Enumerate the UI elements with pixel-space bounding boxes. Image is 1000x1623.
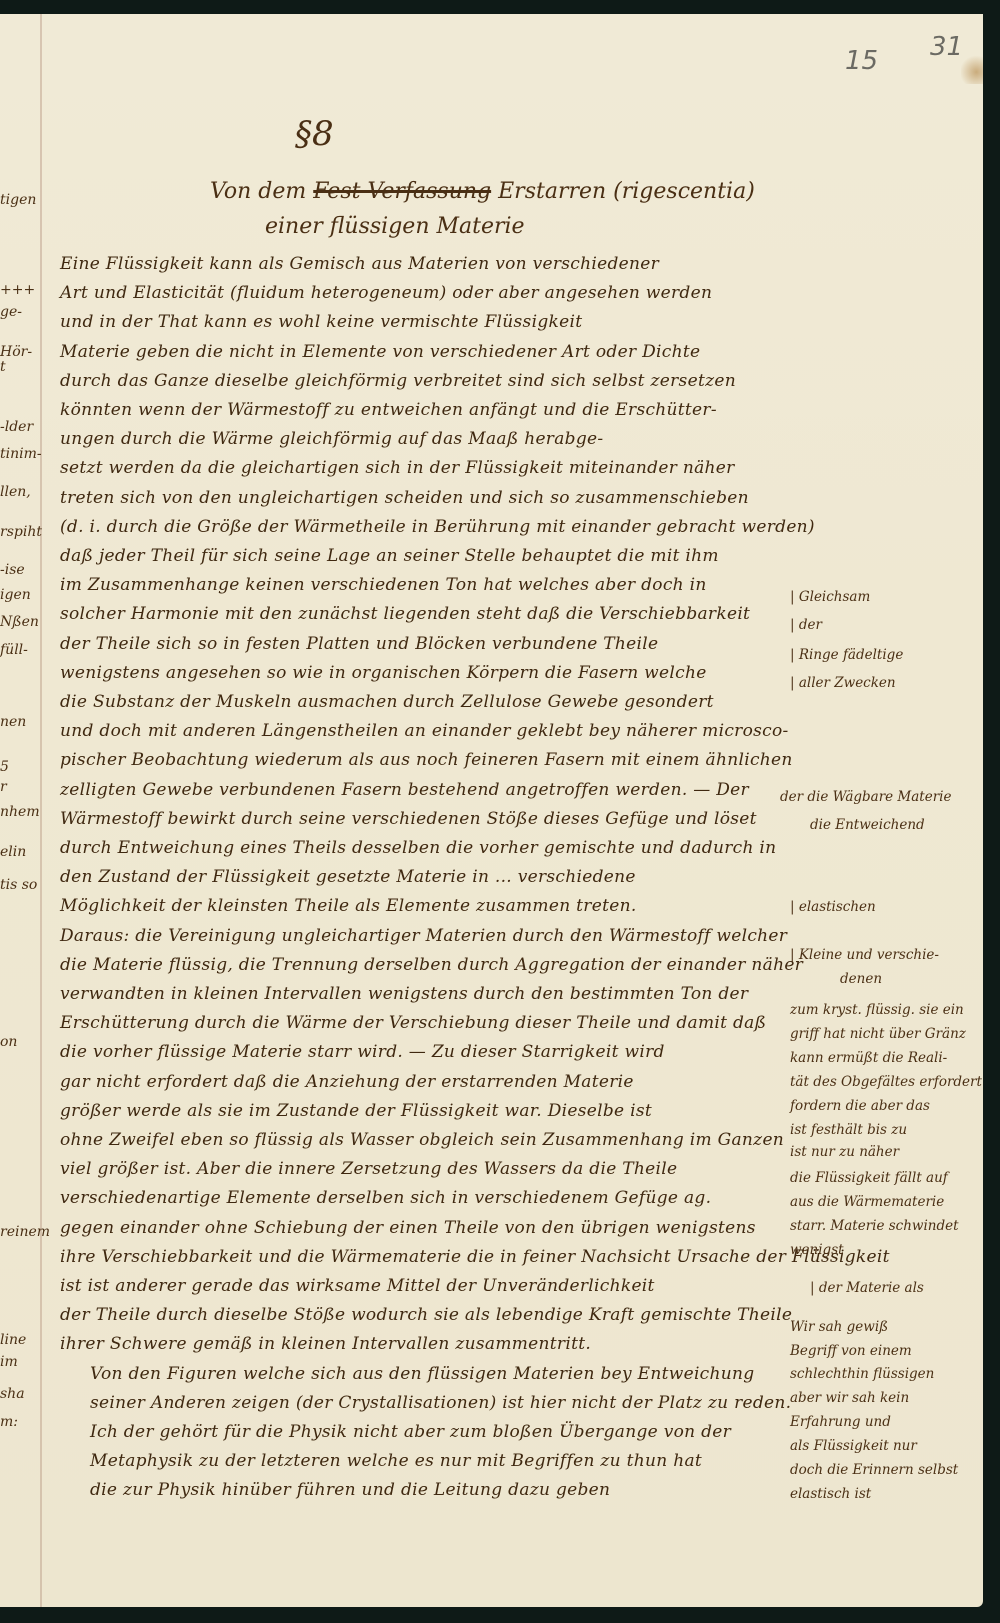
manuscript-line: viel größer ist. Aber die innere Zersetz… xyxy=(60,1159,677,1179)
margin-note: denen xyxy=(840,971,882,987)
left-margin-fragment: rspiht xyxy=(0,524,42,540)
manuscript-line: Metaphysik zu der letzteren welche es nu… xyxy=(90,1451,702,1471)
manuscript-line: die zur Physik hinüber führen und die Le… xyxy=(90,1480,610,1500)
manuscript-line: Erschütterung durch die Wärme der Versch… xyxy=(60,1013,766,1033)
margin-note: Erfahrung und xyxy=(790,1414,891,1430)
left-margin-fragment: tis so xyxy=(0,877,37,893)
manuscript-line: seiner Anderen zeigen (der Crystallisati… xyxy=(90,1393,791,1413)
left-margin-fragment: tinim- xyxy=(0,446,42,462)
manuscript-page: 15 31 §8 Von dem Fest Verfassung Erstarr… xyxy=(0,14,983,1607)
folio-number-right: 31 xyxy=(930,32,963,62)
manuscript-line: durch das Ganze dieselbe gleichförmig ve… xyxy=(60,371,736,391)
manuscript-line: und doch mit anderen Längenstheilen an e… xyxy=(60,721,789,741)
manuscript-line: im Zusammenhange keinen verschiedenen To… xyxy=(60,575,707,595)
margin-note: | elastischen xyxy=(790,899,876,915)
manuscript-line: könnten wenn der Wärmestoff zu entweiche… xyxy=(60,400,717,420)
left-margin-fragment: reinem xyxy=(0,1224,50,1240)
margin-note: als Flüssigkeit nur xyxy=(790,1438,917,1454)
margin-note: aber wir sah kein xyxy=(790,1390,909,1406)
manuscript-line: der Theile durch dieselbe Stöße wodurch … xyxy=(60,1305,792,1325)
left-margin-fragment: t xyxy=(0,359,6,375)
left-margin-fragment: nen xyxy=(0,714,26,730)
manuscript-line: pischer Beobachtung wiederum als aus noc… xyxy=(60,750,793,770)
margin-note: wenigst xyxy=(790,1242,844,1258)
margin-note: | Gleichsam xyxy=(790,589,870,605)
margin-note: die Flüssigkeit fällt auf xyxy=(790,1170,948,1186)
manuscript-line: (d. i. durch die Größe der Wärmetheile i… xyxy=(60,517,815,537)
margin-note: kann ermüßt die Reali- xyxy=(790,1050,947,1066)
title-prefix: Von dem xyxy=(210,179,306,204)
manuscript-line: Von den Figuren welche sich aus den flüs… xyxy=(90,1364,754,1384)
left-margin-fragment: -lder xyxy=(0,419,33,435)
manuscript-line: solcher Harmonie mit den zunächst liegen… xyxy=(60,604,750,624)
margin-note: | der xyxy=(790,617,822,633)
margin-note: fordern die aber das xyxy=(790,1098,930,1114)
margin-note: ist festhält bis zu xyxy=(790,1122,907,1138)
manuscript-line: den Zustand der Flüssigkeit gesetzte Mat… xyxy=(60,867,636,887)
manuscript-line: treten sich von den ungleichartigen sche… xyxy=(60,488,749,508)
left-margin-fragment: Hör- xyxy=(0,344,32,360)
left-margin-fragment: füll- xyxy=(0,642,28,658)
margin-note: starr. Materie schwindet xyxy=(790,1218,959,1234)
section-title-line-1: Von dem Fest Verfassung Erstarren (riges… xyxy=(210,179,755,204)
manuscript-line: ist ist anderer gerade das wirksame Mitt… xyxy=(60,1276,655,1296)
manuscript-line: der Theile sich so in festen Platten und… xyxy=(60,634,658,654)
left-margin-fragment: elin xyxy=(0,844,26,860)
manuscript-line: die Materie flüssig, die Trennung dersel… xyxy=(60,955,803,975)
manuscript-line: zelligten Gewebe verbundenen Fasern best… xyxy=(60,780,749,800)
margin-note: ist nur zu näher xyxy=(790,1144,899,1160)
left-margin-fragment: im xyxy=(0,1354,18,1370)
left-margin-fragment: tigen xyxy=(0,192,36,208)
manuscript-line: Daraus: die Vereinigung ungleichartiger … xyxy=(60,926,787,946)
margin-note: Wir sah gewiß xyxy=(790,1319,888,1335)
left-margin-fragment: igen xyxy=(0,587,31,603)
margin-note: aus die Wärmematerie xyxy=(790,1194,944,1210)
section-title-line-2: einer flüssigen Materie xyxy=(265,214,525,239)
margin-note: elastisch ist xyxy=(790,1486,871,1502)
margin-note: zum kryst. flüssig. sie ein xyxy=(790,1002,964,1018)
manuscript-line: gegen einander ohne Schiebung der einen … xyxy=(60,1218,756,1238)
manuscript-line: daß jeder Theil für sich seine Lage an s… xyxy=(60,546,719,566)
margin-note: | der Materie als xyxy=(810,1280,924,1296)
manuscript-line: ihrer Schwere gemäß in kleinen Intervall… xyxy=(60,1334,591,1354)
left-margin-fragment: on xyxy=(0,1034,17,1050)
margin-note: die Entweichend xyxy=(810,817,925,833)
manuscript-line: Eine Flüssigkeit kann als Gemisch aus Ma… xyxy=(60,254,659,274)
manuscript-line: größer werde als sie im Zustande der Flü… xyxy=(60,1101,652,1121)
left-margin-fragment: line xyxy=(0,1332,26,1348)
manuscript-line: durch Entweichung eines Theils desselben… xyxy=(60,838,776,858)
manuscript-line: Materie geben die nicht in Elemente von … xyxy=(60,342,700,362)
manuscript-line: ohne Zweifel eben so flüssig als Wasser … xyxy=(60,1130,784,1150)
left-margin-fragment: llen, xyxy=(0,484,31,500)
margin-note: Begriff von einem xyxy=(790,1343,912,1359)
manuscript-line: ungen durch die Wärme gleichförmig auf d… xyxy=(60,429,603,449)
section-mark: §8 xyxy=(295,114,334,154)
left-margin-fragment: r xyxy=(0,779,7,795)
left-margin-fragment: sha xyxy=(0,1386,25,1402)
manuscript-line: verschiedenartige Elemente derselben sic… xyxy=(60,1188,711,1208)
manuscript-line: verwandten in kleinen Intervallen wenigs… xyxy=(60,984,748,1004)
left-margin-fragment: -ise xyxy=(0,562,25,578)
margin-note: | Kleine und verschie- xyxy=(790,947,939,963)
left-margin-fragment: nhem xyxy=(0,804,40,820)
manuscript-line: die Substanz der Muskeln ausmachen durch… xyxy=(60,692,714,712)
manuscript-line: und in der That kann es wohl keine vermi… xyxy=(60,312,582,332)
title-struck-words: Fest Verfassung xyxy=(313,179,491,204)
margin-note: schlechthin flüssigen xyxy=(790,1366,934,1382)
manuscript-line: die vorher flüssige Materie starr wird. … xyxy=(60,1042,665,1062)
manuscript-line: wenigstens angesehen so wie in organisch… xyxy=(60,663,707,683)
margin-note: | aller Zwecken xyxy=(790,675,896,691)
margin-note: doch die Erinnern selbst xyxy=(790,1462,958,1478)
manuscript-line: setzt werden da die gleichartigen sich i… xyxy=(60,458,735,478)
manuscript-line: Möglichkeit der kleinsten Theile als Ele… xyxy=(60,896,637,916)
manuscript-line: Wärmestoff bewirkt durch seine verschied… xyxy=(60,809,757,829)
manuscript-line: ihre Verschiebbarkeit und die Wärmemater… xyxy=(60,1247,890,1267)
left-margin-fragment: +++ xyxy=(0,282,35,298)
left-margin-fragment: 5 xyxy=(0,759,9,775)
left-margin-fragment: ge- xyxy=(0,304,22,320)
folio-number-left: 15 xyxy=(845,46,878,76)
left-margin-fragment: m: xyxy=(0,1414,18,1430)
manuscript-line: gar nicht erfordert daß die Anziehung de… xyxy=(60,1072,634,1092)
margin-note: der die Wägbare Materie xyxy=(780,789,951,805)
margin-note: griff hat nicht über Gränz xyxy=(790,1026,966,1042)
manuscript-line: Ich der gehört für die Physik nicht aber… xyxy=(90,1422,731,1442)
title-suffix: Erstarren (rigescentia) xyxy=(498,179,755,204)
left-margin-fragment: Nßen xyxy=(0,614,39,630)
margin-note: tät des Obgefältes erfordert xyxy=(790,1074,982,1090)
manuscript-line: Art und Elasticität (fluidum heterogeneu… xyxy=(60,283,712,303)
margin-note: | Ringe fädeltige xyxy=(790,647,903,663)
